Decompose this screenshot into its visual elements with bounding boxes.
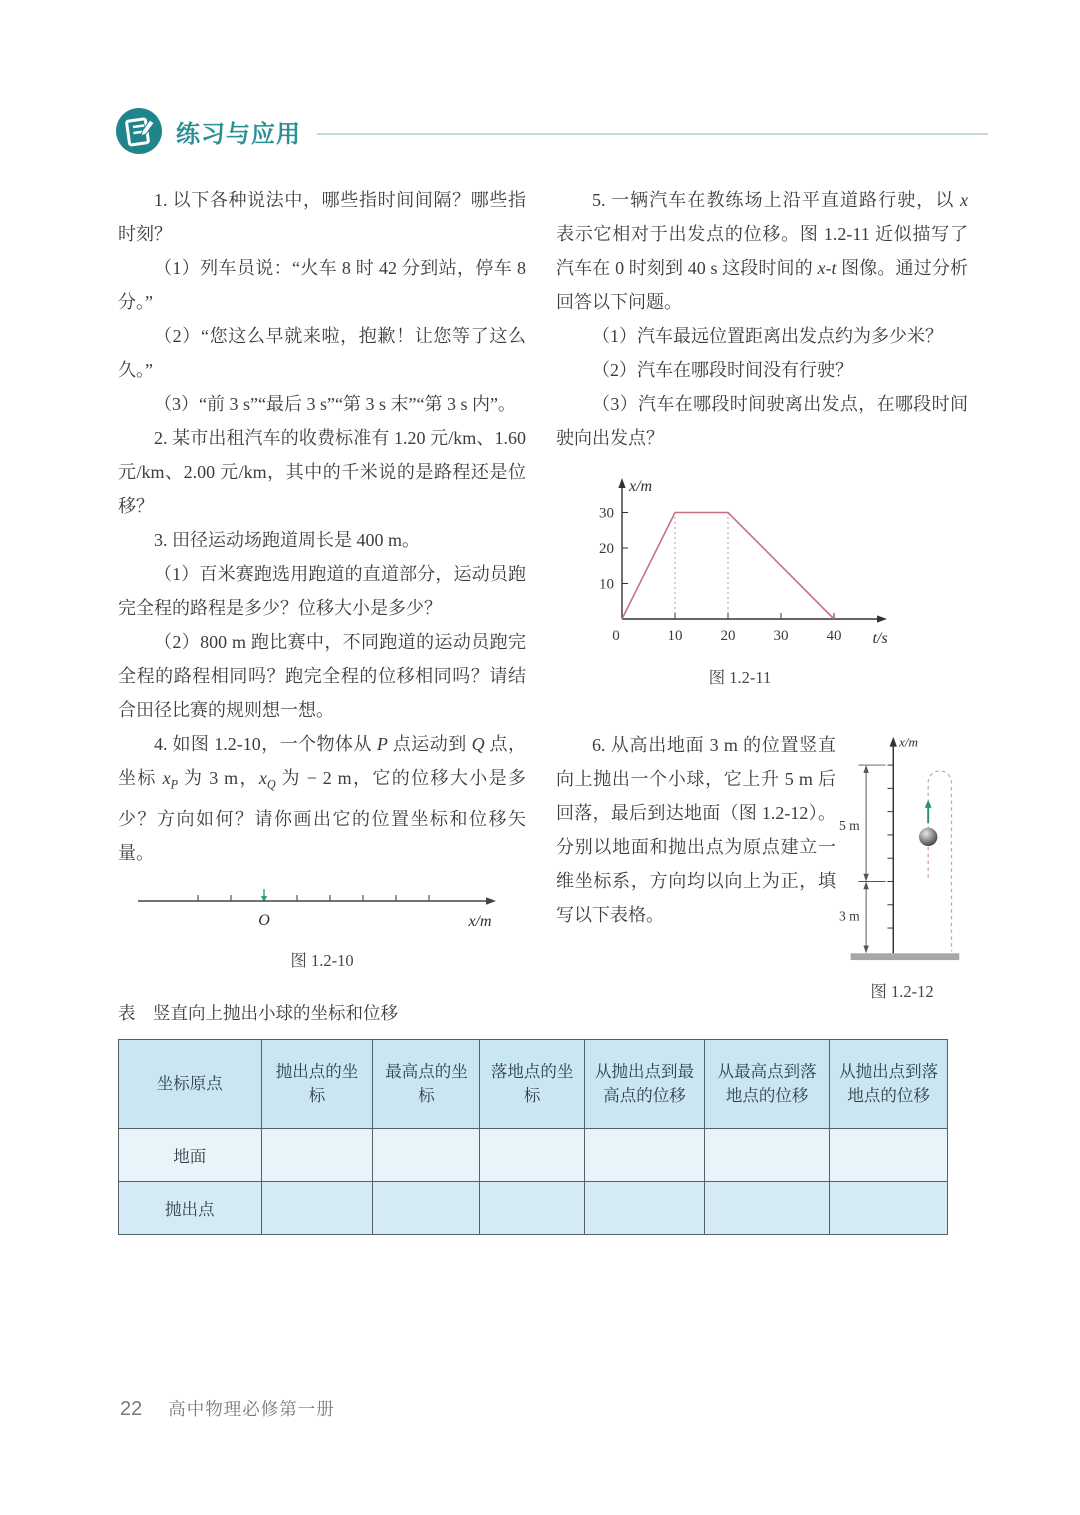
figure-caption: 图 1.2-10 xyxy=(118,947,526,971)
empty-cell xyxy=(584,1182,704,1235)
svg-text:20: 20 xyxy=(599,541,614,557)
table-row-throw-point: 抛出点 xyxy=(119,1182,948,1235)
header-highest-to-landing-displacement: 从最高点到落地点的位移 xyxy=(705,1040,830,1129)
table-caption: 表 竖直向上抛出小球的坐标和位移 xyxy=(118,1000,948,1025)
question-6-text: 6. 从高出地面 3 m 的位置竖直向上抛出一个小球，它上升 5 m 后回落，最… xyxy=(556,728,836,932)
textbook-page: 练习与应用 1. 以下各种说法中，哪些指时间间隔？哪些指时刻？ （1）列车员说：… xyxy=(0,0,1080,1515)
page-footer: 22 高中物理必修第一册 xyxy=(120,1396,335,1421)
header-throw-to-landing-displacement: 从抛出点到落地点的位移 xyxy=(830,1040,948,1129)
row-label: 抛出点 xyxy=(119,1182,262,1235)
question-5-item-1: （1）汽车最远位置距离出发点约为多少米？ xyxy=(556,319,968,353)
row-label: 地面 xyxy=(119,1129,262,1182)
svg-text:10: 10 xyxy=(668,628,683,644)
svg-text:t/s: t/s xyxy=(872,630,887,647)
dimension-marks xyxy=(858,765,885,947)
svg-text:30: 30 xyxy=(774,628,789,644)
empty-cell xyxy=(584,1129,704,1182)
empty-cell xyxy=(373,1182,480,1235)
question-5-text: 5. 一辆汽车在教练场上沿平直道路行驶，以 x 表示它相对于出发点的位移。图 1… xyxy=(556,183,968,319)
svg-text:30: 30 xyxy=(599,506,614,522)
page-number: 22 xyxy=(120,1398,142,1421)
svg-text:20: 20 xyxy=(721,628,736,644)
question-3-item-2: （2）800 m 跑比赛中，不同跑道的运动员跑完全程的路程相同吗？跑完全程的位移… xyxy=(118,625,526,727)
origin-label: O xyxy=(258,912,270,929)
figure-1-2-12: x/m xyxy=(836,728,968,1002)
svg-text:x/m: x/m xyxy=(628,478,652,495)
empty-cell xyxy=(261,1182,373,1235)
section-header: 练习与应用 xyxy=(114,106,988,156)
question-6-block: 6. 从高出地面 3 m 的位置竖直向上抛出一个小球，它上升 5 m 后回落，最… xyxy=(556,728,968,1002)
vertical-axis-label: x/m xyxy=(898,735,918,750)
empty-cell xyxy=(705,1182,830,1235)
book-title: 高中物理必修第一册 xyxy=(168,1396,335,1421)
rise-distance-label: 5 m xyxy=(839,818,860,833)
svg-text:40: 40 xyxy=(827,628,842,644)
question-1-item-3: （3）“前 3 s”“最后 3 s”“第 3 s 末”“第 3 s 内”。 xyxy=(118,387,526,421)
question-3-text: 3. 田径运动场跑道周长是 400 m。 xyxy=(118,523,526,557)
figure-1-2-11: 010203040102030x/mt/s 图 1.2-11 xyxy=(584,469,896,688)
header-throw-to-highest-displacement: 从抛出点到最高点的位移 xyxy=(584,1040,704,1129)
table-section: 表 竖直向上抛出小球的坐标和位移 坐标原点 抛出点的坐标 最高点的坐标 落地点的… xyxy=(118,1000,948,1235)
empty-cell xyxy=(830,1182,948,1235)
number-line-axis: O x/m xyxy=(136,886,508,936)
header-origin: 坐标原点 xyxy=(119,1040,262,1129)
figure-1-2-10: O x/m 图 1.2-10 xyxy=(118,886,526,971)
header-landing-point-coord: 落地点的坐标 xyxy=(480,1040,584,1129)
question-5-item-2: （2）汽车在哪段时间没有行驶？ xyxy=(556,353,968,387)
header-highest-point-coord: 最高点的坐标 xyxy=(373,1040,480,1129)
question-1-item-2: （2）“您这么早就来啦，抱歉！让您等了这么久。” xyxy=(118,319,526,387)
left-column: 1. 以下各种说法中，哪些指时间间隔？哪些指时刻？ （1）列车员说：“火车 8 … xyxy=(118,183,526,971)
header-throw-point-coord: 抛出点的坐标 xyxy=(261,1040,373,1129)
figure-caption: 图 1.2-11 xyxy=(584,664,896,688)
table-header-row: 坐标原点 抛出点的坐标 最高点的坐标 落地点的坐标 从抛出点到最高点的位移 从最… xyxy=(119,1040,948,1129)
header-rule xyxy=(317,133,988,135)
vertical-throw-figure: x/m xyxy=(837,730,967,967)
start-height-label: 3 m xyxy=(839,908,860,923)
question-5-item-3: （3）汽车在哪段时间驶离出发点，在哪段时间驶向出发点？ xyxy=(556,387,968,455)
axis-ticks xyxy=(887,765,893,928)
numline-axis-label: x/m xyxy=(467,913,491,930)
question-1-item-1: （1）列车员说：“火车 8 时 42 分到站，停车 8 分。” xyxy=(118,251,526,319)
empty-cell xyxy=(373,1129,480,1182)
table-row-ground: 地面 xyxy=(119,1129,948,1182)
svg-text:10: 10 xyxy=(599,577,614,593)
question-4-text: 4. 如图 1.2-10，一个物体从 P 点运动到 Q 点，坐标 xP 为 3 … xyxy=(118,727,526,870)
ball xyxy=(919,828,937,846)
coordinates-displacement-table: 坐标原点 抛出点的坐标 最高点的坐标 落地点的坐标 从抛出点到最高点的位移 从最… xyxy=(118,1039,948,1235)
question-3-item-1: （1）百米赛跑选用跑道的直道部分，运动员跑完全程的路程是多少？位移大小是多少？ xyxy=(118,557,526,625)
trajectory-path xyxy=(928,771,951,951)
empty-cell xyxy=(480,1129,584,1182)
section-title: 练习与应用 xyxy=(176,114,301,149)
svg-text:0: 0 xyxy=(612,628,620,644)
ground xyxy=(851,953,960,960)
figure-caption: 图 1.2-12 xyxy=(836,978,968,1002)
xt-graph: 010203040102030x/mt/s xyxy=(584,469,896,653)
question-2-text: 2. 某市出租汽车的收费标准有 1.20 元/km、1.60 元/km、2.00… xyxy=(118,421,526,523)
practice-book-icon xyxy=(114,106,164,156)
right-column: 5. 一辆汽车在教练场上沿平直道路行驶，以 x 表示它相对于出发点的位移。图 1… xyxy=(556,183,968,1002)
empty-cell xyxy=(480,1182,584,1235)
empty-cell xyxy=(261,1129,373,1182)
question-1-line-1: 1. 以下各种说法中，哪些指时间间隔？哪些指时刻？ xyxy=(118,183,526,251)
empty-cell xyxy=(830,1129,948,1182)
empty-cell xyxy=(705,1129,830,1182)
